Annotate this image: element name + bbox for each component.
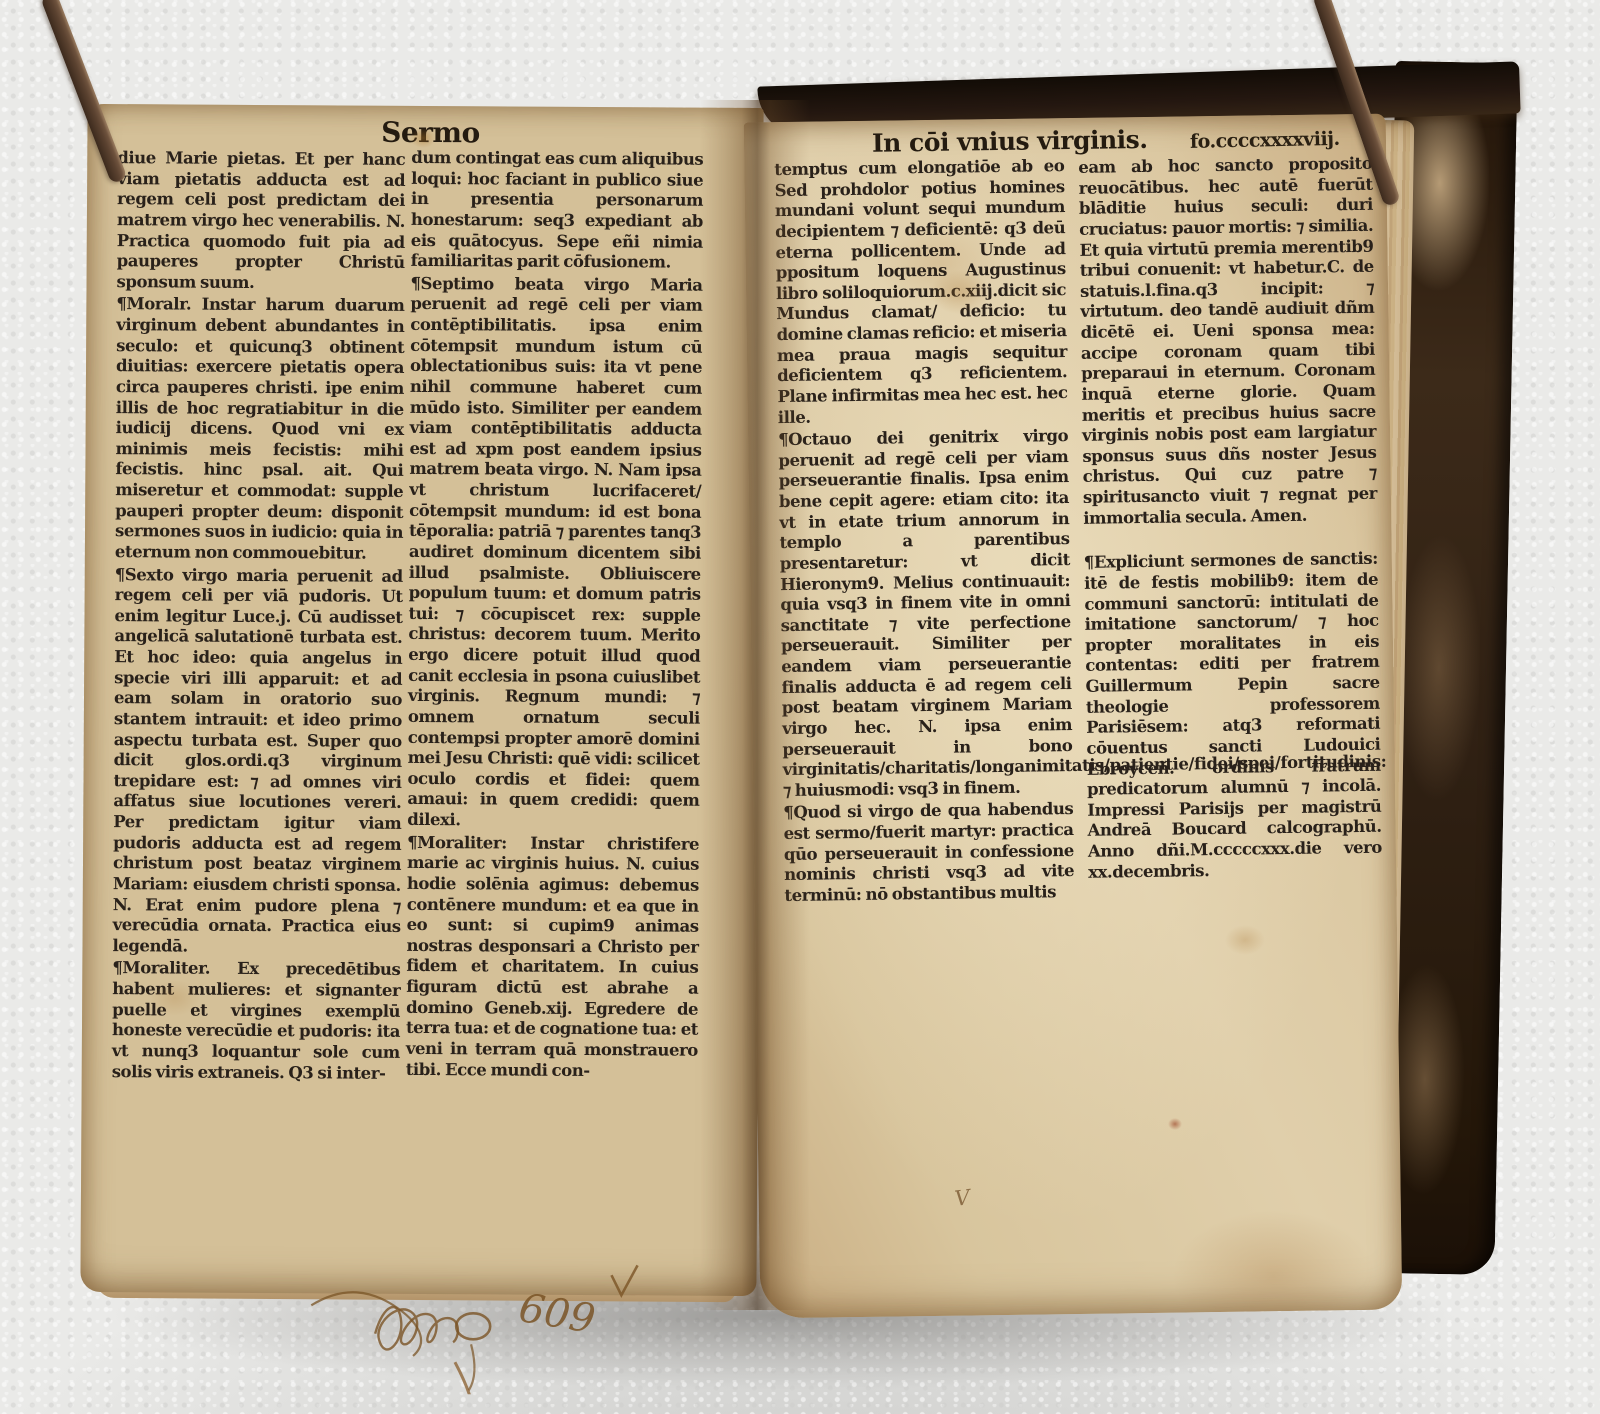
text-paragraph: ¶Quod si virgo de qua habendus est sermo… xyxy=(783,799,1074,906)
folio-number: fo.ccccxxxxviij. xyxy=(1190,127,1370,153)
right-page-column-1: temptus cum elongatiōe ab eo Sed prohdol… xyxy=(774,156,1075,960)
left-page: Sermo diue Marie pietas. Et per hanc via… xyxy=(80,104,763,1296)
text-paragraph: dum contingat eas cum aliquibus loqui: h… xyxy=(411,148,704,274)
ink-number: 609 xyxy=(516,1285,599,1343)
running-title-right: In cōi vnius virginis. xyxy=(872,125,1152,158)
running-title-left: Sermo xyxy=(345,116,515,150)
metal-rod-left xyxy=(40,0,128,184)
handwritten-annotation: 609 xyxy=(305,1233,656,1395)
text-paragraph: ¶Moralr. Instar harum duarum virginum de… xyxy=(115,295,405,565)
text-paragraph: eam ab hoc sancto proposito reuocātibus.… xyxy=(1078,154,1377,529)
text-paragraph: ¶Moraliter. Ex precedētibus habent mulie… xyxy=(112,958,401,1084)
text-paragraph: temptus cum elongatiōe ab eo Sed prohdol… xyxy=(774,156,1068,428)
text-paragraph: ¶Sexto virgo maria peruenit ad regem cel… xyxy=(112,565,402,959)
text-paragraph: ¶Octauo dei genitrix virgo peruenit ad r… xyxy=(778,426,1073,801)
right-page: In cōi vnius virginis. fo.ccccxxxxviij. … xyxy=(744,114,1403,1319)
ink-mark-right-page: V xyxy=(953,1184,979,1211)
right-page-column-2: eam ab hoc sancto proposito reuocātibus.… xyxy=(1078,154,1384,1038)
colophon-paragraph: ¶Expliciunt sermones de sanctis: itē de … xyxy=(1084,549,1383,883)
text-paragraph: ¶Moraliter: Instar christifere marie ac … xyxy=(406,833,700,1082)
left-page-column-2: dum contingat eas cum aliquibus loqui: h… xyxy=(406,148,704,1102)
left-page-column-1: diue Marie pietas. Et per hanc viam piet… xyxy=(112,148,406,1102)
text-paragraph: ¶Septimo beata virgo Maria peruenit ad r… xyxy=(407,274,702,833)
photograph-of-open-book: Sermo diue Marie pietas. Et per hanc via… xyxy=(0,0,1600,1414)
text-paragraph: diue Marie pietas. Et per hanc viam piet… xyxy=(116,148,405,294)
